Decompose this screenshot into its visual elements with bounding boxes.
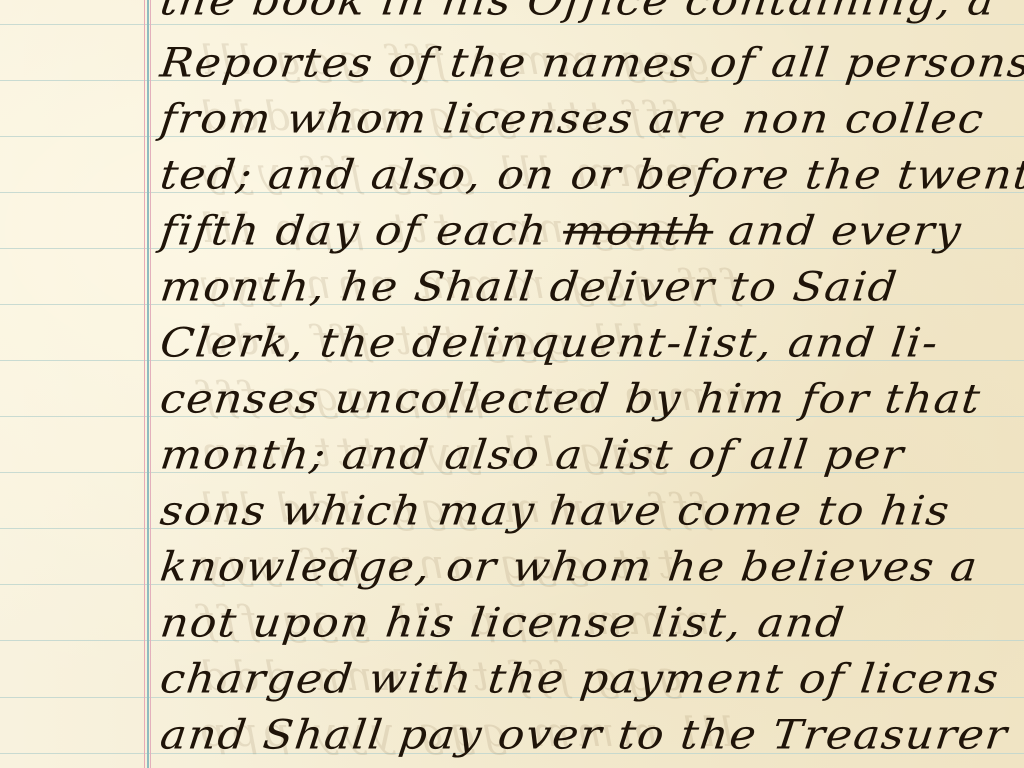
text-line: charged with the payment of licens bbox=[158, 660, 1002, 700]
text-line: sons which may have come to his bbox=[158, 492, 952, 532]
text-segment: and every bbox=[711, 208, 965, 255]
margin-line-pink bbox=[150, 0, 151, 768]
text-line: from whom licenses are non collec bbox=[158, 100, 987, 140]
struck-through-word: month bbox=[561, 208, 716, 255]
text-line: Clerk, the delinquent-list, and li- bbox=[158, 324, 941, 364]
text-line: not upon his license list, and bbox=[158, 604, 847, 644]
text-line: ted; and also, on or before the twenty bbox=[158, 156, 1024, 196]
text-line: fifth day of each month and every bbox=[158, 212, 964, 252]
text-segment: fifth day of each bbox=[158, 208, 566, 255]
text-line: knowledge, or whom he believes a bbox=[158, 548, 980, 588]
text-line: Reportes of the names of all persons bbox=[158, 44, 1024, 84]
handwritten-text-area: the book in his Office containing, a Rep… bbox=[152, 0, 1024, 768]
text-line: and Shall pay over to the Treasurer bbox=[158, 716, 1010, 756]
margin-line-pink bbox=[144, 0, 145, 768]
margin-line-blue bbox=[147, 0, 149, 768]
text-line: month, he Shall deliver to Said bbox=[158, 268, 900, 308]
text-line: month; and also a list of all per bbox=[158, 436, 907, 476]
text-line: the book in his Office containing, a bbox=[158, 0, 998, 22]
text-line: censes uncollected by him for that bbox=[158, 380, 983, 420]
